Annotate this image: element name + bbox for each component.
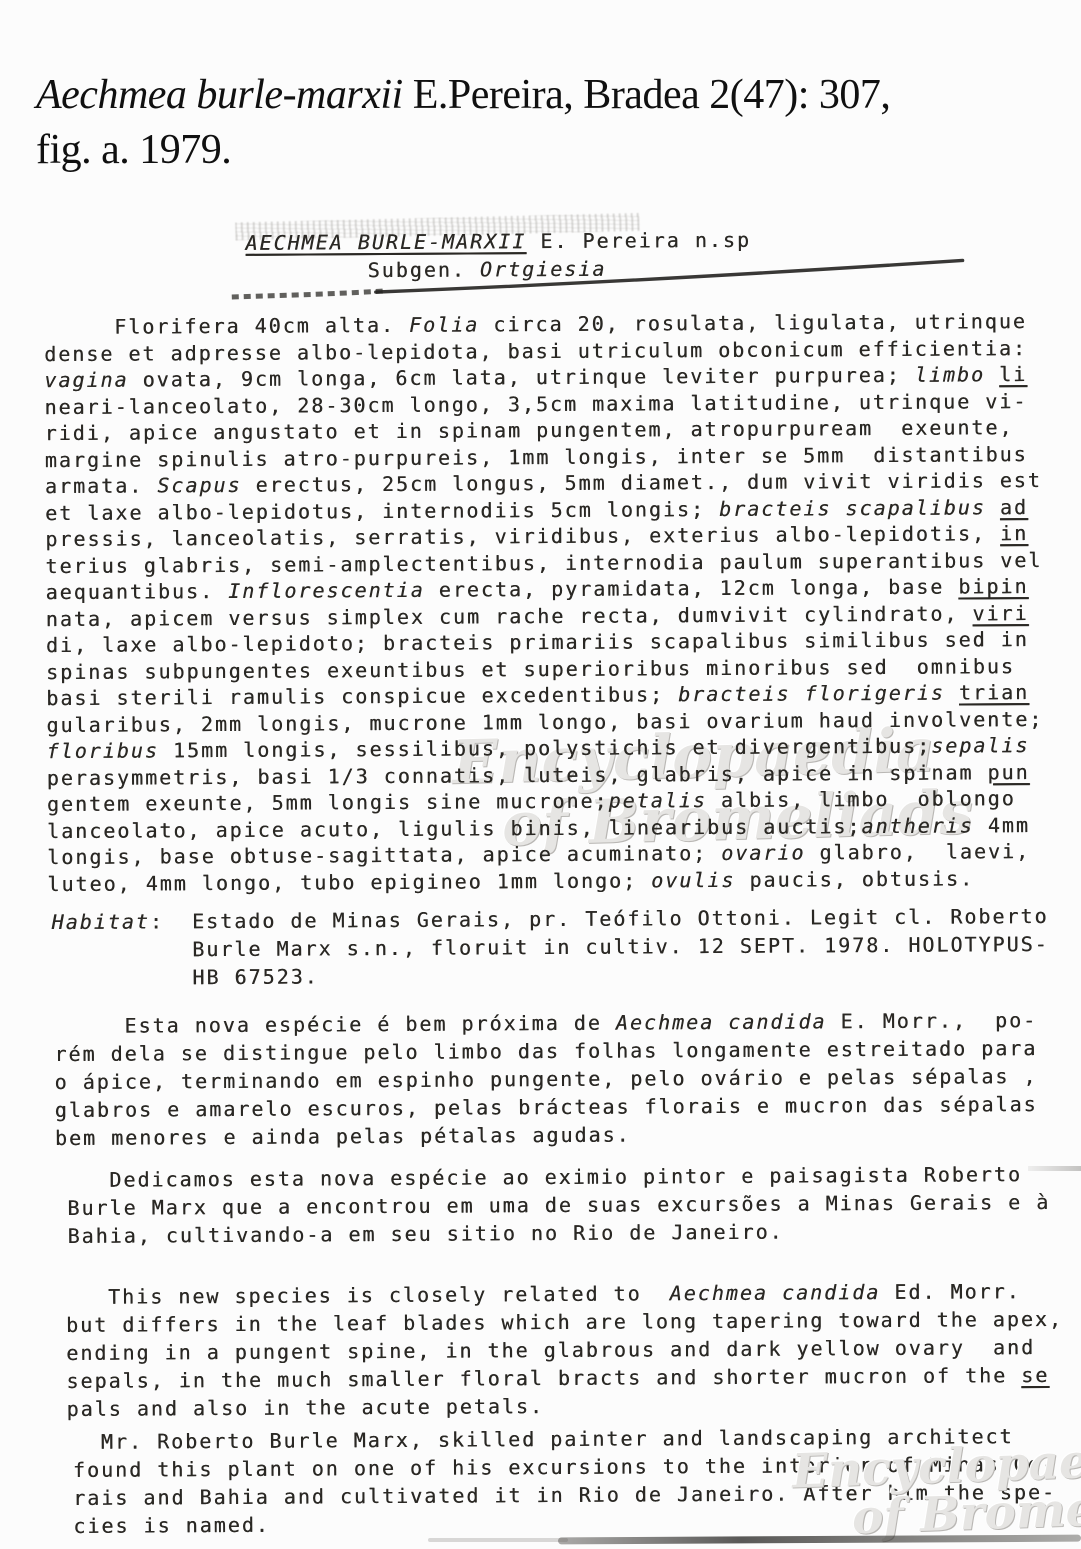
portuguese-dedication-paragraph: Dedicamos esta nova espécie ao eximio pi…	[67, 1160, 1050, 1250]
text-run: nata, apicem versus simplex cum rache re…	[46, 601, 973, 631]
text-run: longis, base obtuse-sagittata, apice acu…	[47, 841, 721, 869]
text-run: Subgen.	[368, 257, 480, 282]
text-run: viri	[972, 601, 1028, 625]
text-run: floribus	[46, 738, 158, 763]
text-run: Habitat	[52, 909, 150, 934]
text-run: rais and Bahia and cultivated it in Rio …	[73, 1480, 1056, 1510]
text-run: bracteis scapalibus	[719, 495, 986, 521]
text-line: Bahia, cultivando-a em seu sitio no Rio …	[67, 1216, 1050, 1250]
text-run: AECHMEA BURLE-MARXII	[245, 229, 526, 255]
text-line: glabros e amarelo escuros, pelas bráctea…	[55, 1090, 1038, 1124]
text-run: se	[1021, 1363, 1049, 1387]
species-title-line: AECHMEA BURLE-MARXII E. Pereira n.sp	[245, 228, 751, 255]
text-run: Florifera 40cm alta.	[44, 313, 409, 339]
text-run: erectus, 25cm longus, 5mm diamet., dum v…	[241, 468, 1041, 497]
text-run: HB 67523.	[52, 964, 319, 990]
text-run: perasymmetris, basi 1/3 connatis, luteis…	[47, 760, 988, 790]
text-run: erecta, pyramidata, 12cm longa, base	[425, 575, 959, 602]
text-run: sepalis	[931, 733, 1029, 758]
text-line: Burle Marx que a encontrou em uma de sua…	[67, 1188, 1050, 1222]
text-line: bem menores e ainda pelas pétalas agudas…	[55, 1118, 1038, 1152]
habitat-section: Habitat: Estado de Minas Gerais, pr. Teó…	[52, 902, 1049, 992]
text-run: ending in a pungent spine, in the glabro…	[66, 1335, 1035, 1365]
text-run	[985, 362, 999, 386]
text-run: Ortgiesia	[480, 257, 607, 282]
text-run: ad	[1000, 495, 1028, 519]
english-comparison-paragraph: This new species is closely related to A…	[66, 1277, 1064, 1423]
text-run: 4mm	[974, 813, 1030, 837]
text-line: rais and Bahia and cultivated it in Rio …	[73, 1478, 1056, 1512]
text-run: aequantibus.	[46, 579, 229, 604]
text-run: bracteis florigeris	[678, 681, 945, 707]
text-run: pressis, lanceolatis, serratis, viridibu…	[45, 521, 1000, 551]
text-line: HB 67523.	[52, 958, 1049, 992]
text-run: but differs in the leaf blades which are…	[66, 1307, 1063, 1337]
text-run: ovata, 9cm longa, 6cm lata, utrinque lev…	[128, 363, 914, 392]
text-run: sepals, in the much smaller floral bract…	[66, 1363, 1021, 1393]
text-run: antheris	[861, 813, 973, 838]
text-run: E. Morr., po-	[826, 1008, 1037, 1033]
text-run: Mr. Roberto Burle Marx, skilled painter …	[73, 1424, 1014, 1454]
text-run: pals and also in the acute petals.	[67, 1394, 545, 1421]
scanned-document-page: Aechmea burle-marxii E.Pereira, Bradea 2…	[0, 0, 1081, 1549]
text-run: bem menores e ainda pelas pétalas agudas…	[55, 1123, 631, 1151]
text-run: E. Pereira n.sp	[526, 228, 751, 253]
text-run: glabros e amarelo escuros, pelas bráctea…	[55, 1092, 1038, 1122]
text-run: Burle Marx s.n., floruit in cultiv. 12 S…	[52, 932, 1049, 962]
text-run: ovario	[721, 840, 805, 865]
text-run: Esta nova espécie é bem próxima de	[54, 1011, 616, 1038]
text-run: Aechmea candida	[670, 1280, 881, 1305]
text-run: gentem exeunte, 5mm longis sine mucrone;	[47, 789, 609, 816]
text-run: Burle Marx que a encontrou em uma de sua…	[67, 1190, 1050, 1220]
text-run: bipin	[958, 574, 1028, 598]
text-run: lanceolato, apice acuto, ligulis binis, …	[47, 814, 862, 843]
text-run: di, laxe albo-lepidoto; bracteis primari…	[46, 627, 1029, 657]
scan-edge-smear-faint	[428, 1538, 568, 1542]
text-run: limbo	[915, 362, 985, 386]
text-run: o ápice, terminando em espinho pungente,…	[55, 1064, 1038, 1094]
text-line: luteo, 4mm longo, tubo epigineo 1mm long…	[47, 864, 1044, 897]
text-run: petalis	[608, 788, 706, 813]
text-run: li	[999, 362, 1027, 386]
text-run: Ed. Morr.	[880, 1279, 1021, 1304]
text-run: ovulis	[651, 867, 735, 892]
text-run: 15mm longis, sessilibus, polystichis et …	[159, 734, 931, 763]
text-run: Bahia, cultivando-a em seu sitio no Rio …	[67, 1220, 783, 1248]
text-run: pun	[987, 760, 1029, 784]
latin-diagnosis-paragraph: Florifera 40cm alta. Folia circa 20, ros…	[44, 308, 1044, 897]
text-run: trian	[959, 680, 1029, 704]
text-run: luteo, 4mm longo, tubo epigineo 1mm long…	[47, 868, 651, 896]
text-run	[986, 495, 1000, 519]
text-line: pals and also in the acute petals.	[67, 1389, 1064, 1423]
portuguese-comparison-paragraph: Esta nova espécie é bem próxima de Aechm…	[54, 1006, 1038, 1152]
text-run: glabro, laevi,	[805, 839, 1030, 864]
typewritten-document: AECHMEA BURLE-MARXII E. Pereira n.sp Sub…	[0, 0, 1081, 1549]
text-run: This new species is closely related to	[66, 1281, 670, 1309]
english-dedication-paragraph: Mr. Roberto Burle Marx, skilled painter …	[73, 1422, 1057, 1540]
text-run: et laxe albo-lepidotus, internodiis 5cm …	[45, 496, 719, 524]
text-run: Dedicamos esta nova espécie ao eximio pi…	[67, 1162, 1022, 1192]
text-run: found this plant on one of his excursion…	[73, 1452, 1056, 1482]
scan-right-smudge	[1028, 1166, 1081, 1171]
text-run: Scapus	[157, 473, 241, 498]
text-run: cies is named.	[73, 1513, 270, 1538]
text-run: armata.	[45, 473, 157, 498]
text-run: : Estado de Minas Gerais, pr. Teófilo Ot…	[150, 904, 1049, 933]
text-run: vagina	[44, 368, 128, 393]
text-run: basi sterili ramulis conspicue excedenti…	[46, 682, 678, 710]
subgenus-line: Subgen. Ortgiesia	[368, 257, 607, 282]
text-run: Folia	[409, 312, 479, 336]
text-run: Inflorescentia	[228, 578, 425, 603]
text-run: ridi, apice angustato et in spinam punge…	[45, 415, 1014, 445]
text-run: paucis, obtusis.	[735, 866, 974, 891]
text-run: Aechmea candida	[616, 1009, 827, 1034]
text-run: in	[1000, 521, 1028, 545]
text-run: albis, limbo oblongo	[707, 786, 1016, 812]
text-run: rém dela se distingue pelo limbo das fol…	[54, 1036, 1037, 1066]
text-run	[945, 681, 959, 705]
text-run: circa 20, rosulata, ligulata, utrinque	[479, 309, 1027, 336]
